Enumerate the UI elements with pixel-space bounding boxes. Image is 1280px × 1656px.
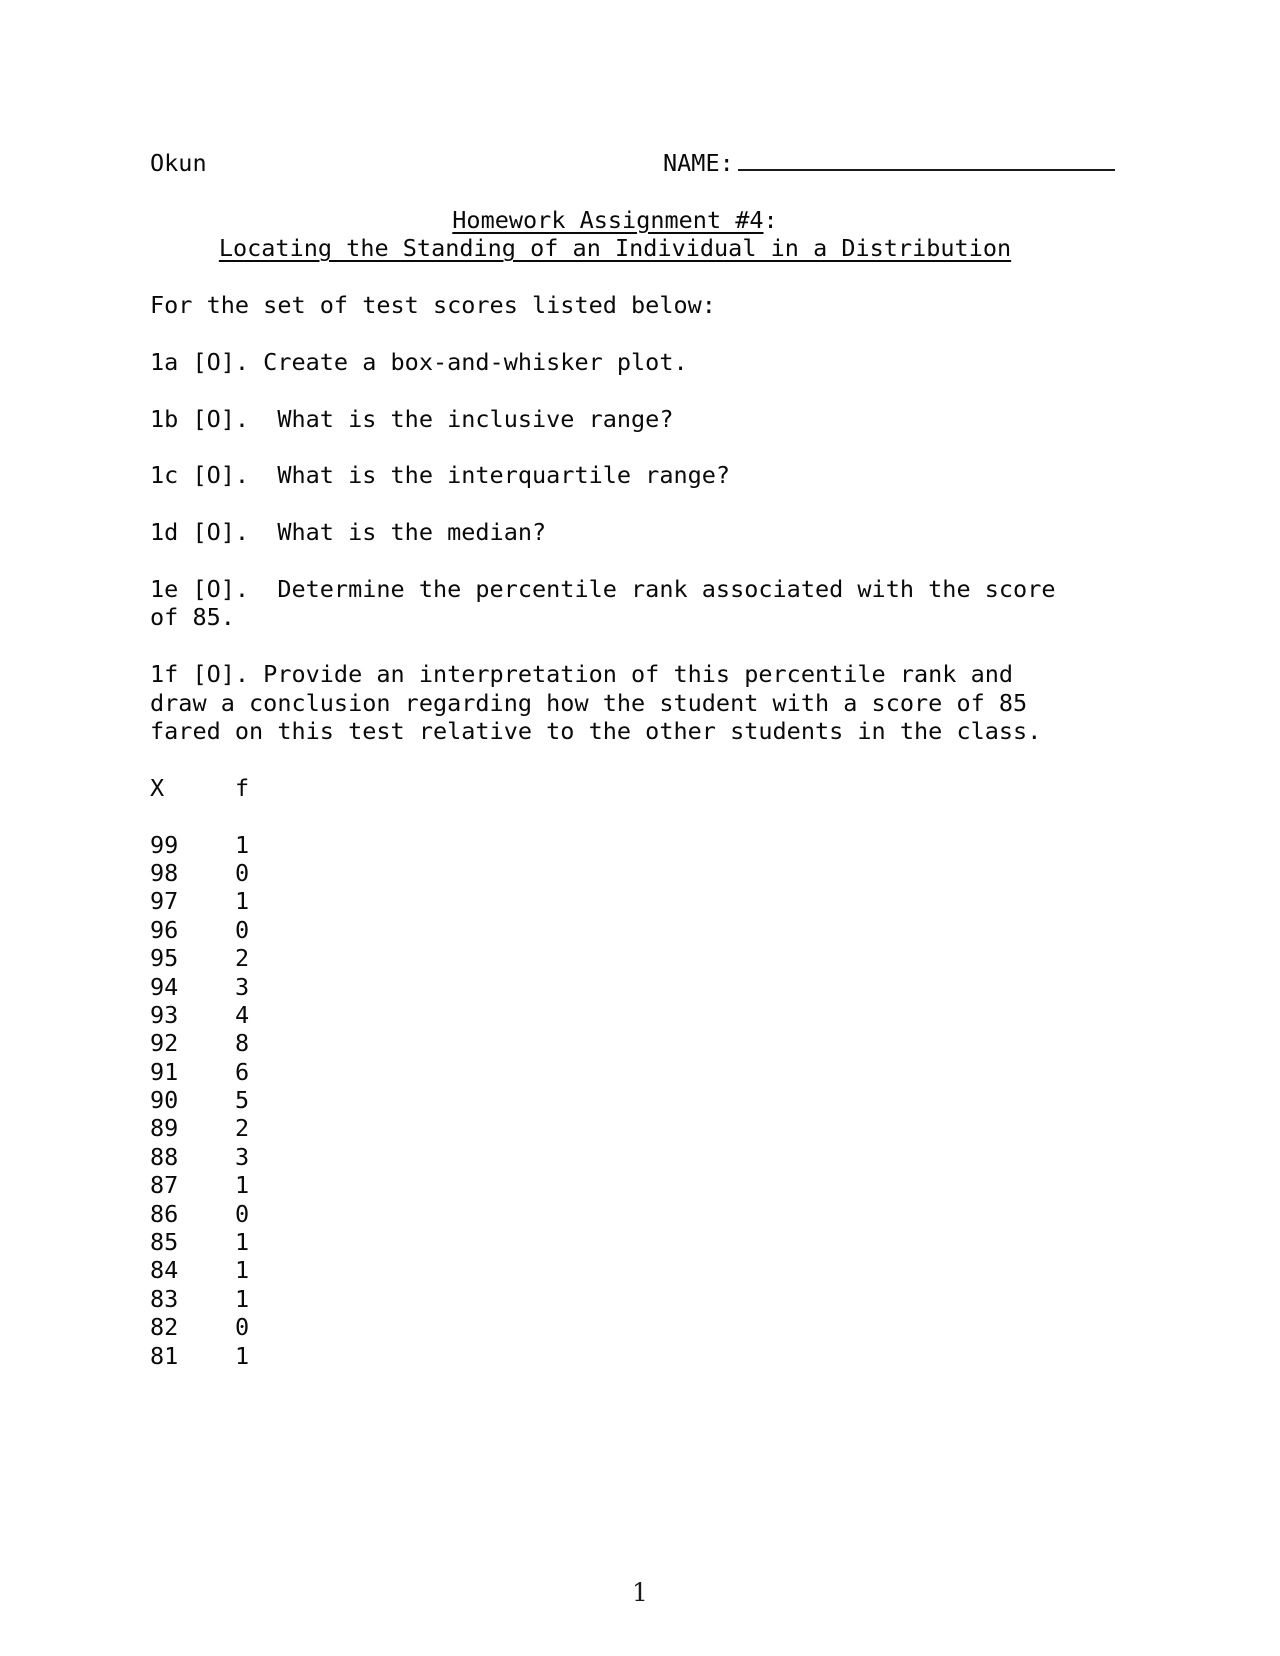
name-field-group: NAME: xyxy=(663,149,1115,177)
title-line-1: Homework Assignment #4: xyxy=(150,206,1080,234)
score-value: 99 xyxy=(150,831,235,859)
table-row: 811 xyxy=(150,1342,1080,1370)
table-row: 860 xyxy=(150,1200,1080,1228)
frequency-value: 2 xyxy=(235,1114,1080,1142)
score-value: 98 xyxy=(150,859,235,887)
page-number: 1 xyxy=(0,1578,1280,1608)
frequency-value: 3 xyxy=(235,973,1080,1001)
score-value: 81 xyxy=(150,1342,235,1370)
title-line-2: Locating the Standing of an Individual i… xyxy=(150,234,1080,262)
assignment-title: Homework Assignment #4: Locating the Sta… xyxy=(150,206,1080,263)
frequency-value: 1 xyxy=(235,1228,1080,1256)
table-row: 934 xyxy=(150,1001,1080,1029)
table-row: 831 xyxy=(150,1285,1080,1313)
score-value: 97 xyxy=(150,887,235,915)
frequency-value: 4 xyxy=(235,1001,1080,1029)
table-row: 991 xyxy=(150,831,1080,859)
frequency-value: 1 xyxy=(235,887,1080,915)
frequency-value: 1 xyxy=(235,831,1080,859)
frequency-value: 0 xyxy=(235,859,1080,887)
table-header-row: X f xyxy=(150,774,1080,802)
frequency-value: 1 xyxy=(235,1171,1080,1199)
frequency-table: X f 991980971960952943934928916905892883… xyxy=(150,774,1080,1370)
table-row: 960 xyxy=(150,916,1080,944)
score-value: 87 xyxy=(150,1171,235,1199)
score-value: 95 xyxy=(150,944,235,972)
document-page: Okun NAME: Homework Assignment #4: Locat… xyxy=(0,0,1280,1656)
frequency-value: 0 xyxy=(235,1200,1080,1228)
table-row: 841 xyxy=(150,1256,1080,1284)
document-header: Okun NAME: xyxy=(150,149,1080,177)
author-name: Okun xyxy=(150,149,207,177)
name-blank-line xyxy=(738,149,1115,171)
table-row: 980 xyxy=(150,859,1080,887)
question-1e: 1e [O]. Determine the percentile rank as… xyxy=(150,575,1080,632)
document-content: Okun NAME: Homework Assignment #4: Locat… xyxy=(150,149,1080,1370)
frequency-value: 1 xyxy=(235,1285,1080,1313)
table-row: 905 xyxy=(150,1086,1080,1114)
frequency-value: 1 xyxy=(235,1342,1080,1370)
question-1d: 1d [O]. What is the median? xyxy=(150,518,1080,546)
score-value: 96 xyxy=(150,916,235,944)
table-row: 851 xyxy=(150,1228,1080,1256)
frequency-value: 6 xyxy=(235,1058,1080,1086)
table-row: 871 xyxy=(150,1171,1080,1199)
score-value: 94 xyxy=(150,973,235,1001)
question-1b: 1b [O]. What is the inclusive range? xyxy=(150,405,1080,433)
table-row: 820 xyxy=(150,1313,1080,1341)
frequency-value: 5 xyxy=(235,1086,1080,1114)
column-header-x: X xyxy=(150,774,235,802)
table-row: 971 xyxy=(150,887,1080,915)
table-row: 952 xyxy=(150,944,1080,972)
score-value: 82 xyxy=(150,1313,235,1341)
score-value: 90 xyxy=(150,1086,235,1114)
question-1a: 1a [O]. Create a box-and-whisker plot. xyxy=(150,348,1080,376)
table-body: 9919809719609529439349289169058928838718… xyxy=(150,831,1080,1370)
frequency-value: 1 xyxy=(235,1256,1080,1284)
table-row: 883 xyxy=(150,1143,1080,1171)
score-value: 93 xyxy=(150,1001,235,1029)
frequency-value: 0 xyxy=(235,1313,1080,1341)
score-value: 92 xyxy=(150,1029,235,1057)
question-1c: 1c [O]. What is the interquartile range? xyxy=(150,461,1080,489)
table-row: 943 xyxy=(150,973,1080,1001)
name-label: NAME: xyxy=(663,149,734,177)
frequency-value: 2 xyxy=(235,944,1080,972)
table-row: 928 xyxy=(150,1029,1080,1057)
score-value: 88 xyxy=(150,1143,235,1171)
table-row: 916 xyxy=(150,1058,1080,1086)
intro-text: For the set of test scores listed below: xyxy=(150,291,1080,319)
frequency-value: 3 xyxy=(235,1143,1080,1171)
score-value: 86 xyxy=(150,1200,235,1228)
table-row: 892 xyxy=(150,1114,1080,1142)
score-value: 84 xyxy=(150,1256,235,1284)
score-value: 91 xyxy=(150,1058,235,1086)
frequency-value: 0 xyxy=(235,916,1080,944)
question-1f: 1f [O]. Provide an interpretation of thi… xyxy=(150,660,1080,745)
score-value: 85 xyxy=(150,1228,235,1256)
score-value: 89 xyxy=(150,1114,235,1142)
frequency-value: 8 xyxy=(235,1029,1080,1057)
column-header-f: f xyxy=(235,774,1080,802)
score-value: 83 xyxy=(150,1285,235,1313)
